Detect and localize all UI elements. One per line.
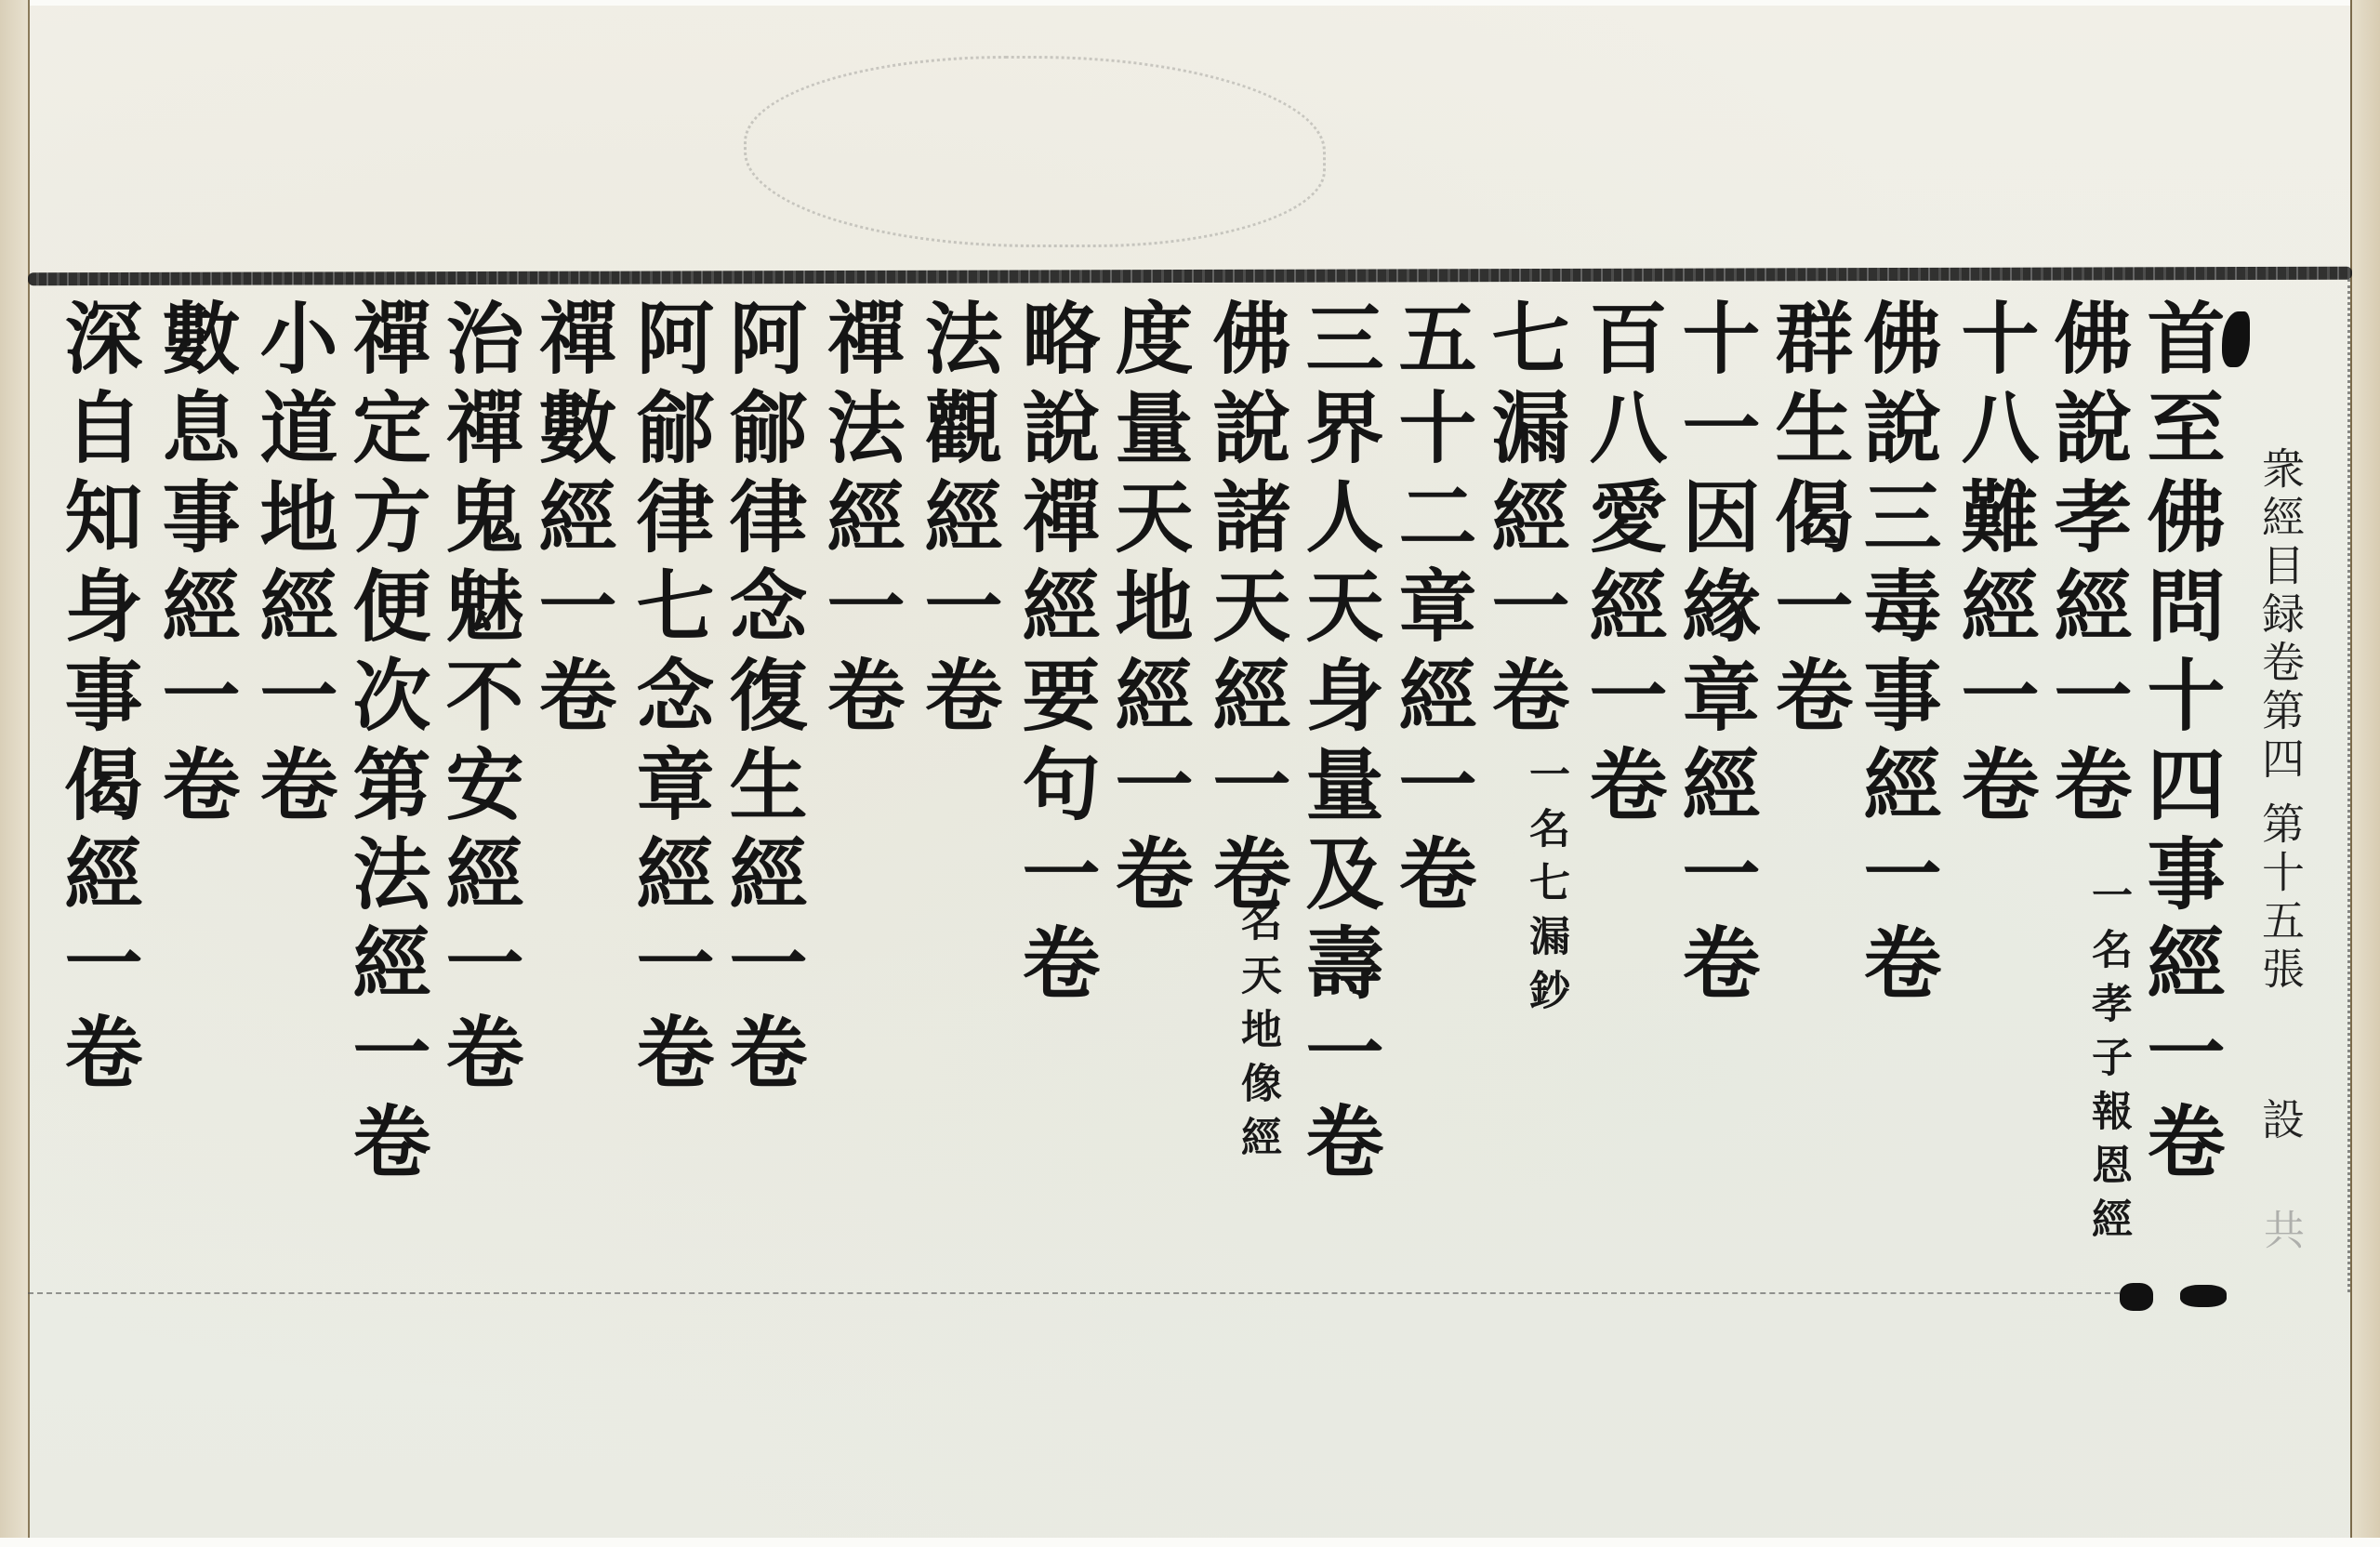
scan-top-margin (0, 0, 2380, 6)
catalogue-title: 衆經目録卷第四 (2255, 446, 2306, 785)
entry-column: 佛說諸天經一卷 (1199, 297, 1292, 922)
entry-note: 一名孝子報恩經 (2078, 874, 2137, 1251)
faded-seal-impression (744, 56, 1326, 247)
entry-column: 阿鄃律七念章經一卷 (623, 297, 716, 1101)
entry-column: 七漏經一卷 (1478, 297, 1571, 744)
entry-column: 治禪鬼魅不安經一卷 (432, 297, 525, 1101)
volume-header: 衆經目録卷第四第十五張 (2250, 446, 2311, 995)
entry-column: 群生偈一卷 (1762, 297, 1855, 744)
entry-column: 十八難經一卷 (1948, 297, 2041, 833)
left-page-edge (0, 0, 30, 1547)
entry-column: 十一因緣章經一卷 (1669, 297, 1762, 1011)
entry-column: 五十二章經一卷 (1385, 297, 1478, 922)
ink-blot (2180, 1285, 2227, 1307)
entry-column: 阿鄃律念復生經一卷 (716, 297, 809, 1101)
entry-column: 首至佛問十四事經一卷 (2134, 297, 2227, 1190)
entry-column: 禪數經一卷 (525, 297, 618, 744)
entry-column: 度量天地經一卷 (1102, 297, 1195, 922)
entry-column: 數息事經一卷 (149, 297, 242, 833)
entry-column: 法觀經一卷 (911, 297, 1004, 744)
entry-column: 禪法經一卷 (813, 297, 906, 744)
printed-frame-top-border (28, 267, 2352, 286)
entry-column: 百八愛經一卷 (1576, 297, 1669, 833)
entry-column: 三界人天身量及壽一卷 (1292, 297, 1385, 1190)
entry-column: 略說禪經要句一卷 (1009, 297, 1102, 1011)
scan-bottom-margin (0, 1538, 2380, 1547)
woodblock-page: 衆經目録卷第四第十五張 設 共 首至佛問十四事經一卷 佛說孝經一卷 一名孝子報恩… (0, 0, 2380, 1547)
entry-column: 小道地經一卷 (246, 297, 339, 833)
folio-mark-faint: 共 (2250, 1209, 2309, 1249)
entry-column: 佛說孝經一卷 (2041, 297, 2134, 833)
entry-column: 禪定方便次第法經一卷 (339, 297, 432, 1190)
ink-blot (2120, 1283, 2153, 1311)
folio-mark: 設 (2250, 1097, 2311, 1140)
entry-note: 一名七漏鈔 (1515, 753, 1575, 1023)
sheet-number: 第十五張 (2255, 801, 2306, 995)
entry-note: 一名天地像經 (1227, 846, 1287, 1170)
right-page-edge (2350, 0, 2380, 1547)
entry-column: 佛說三毒事經一卷 (1850, 297, 1943, 1011)
printed-frame-right-border (2347, 279, 2352, 1292)
printed-frame-bottom-border (28, 1292, 2138, 1296)
entry-column: 深自知身事偈經一卷 (51, 297, 144, 1101)
